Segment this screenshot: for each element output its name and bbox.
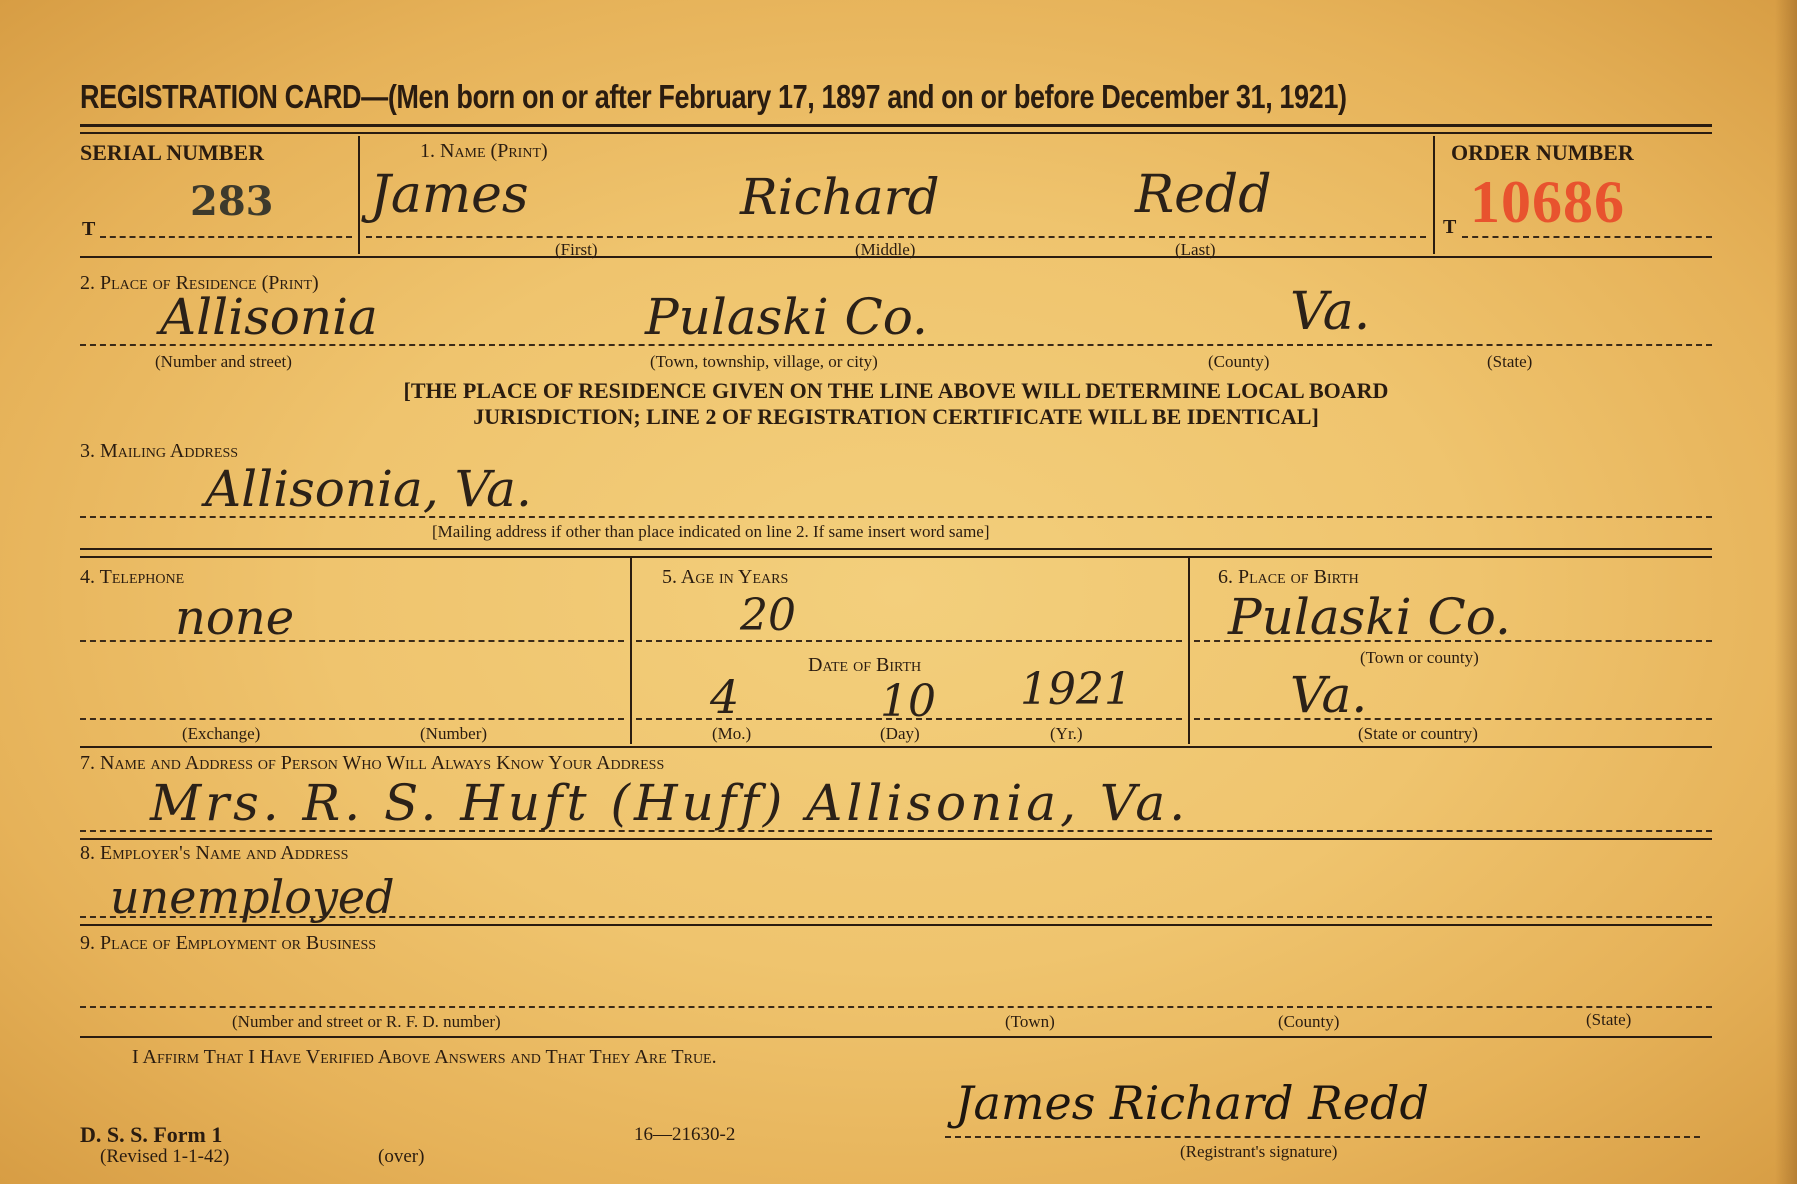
row-divider: [80, 556, 1712, 558]
residence-town-value: Pulaski Co.: [645, 288, 928, 346]
registration-card: REGISTRATION CARD—(Men born on or after …: [0, 0, 1797, 1184]
birthplace-state-line: [1194, 718, 1712, 720]
exchange-caption: (Exchange): [182, 724, 260, 744]
age-line: [636, 640, 1182, 642]
form-revised: (Revised 1-1-42): [100, 1146, 229, 1168]
day-caption: (Day): [880, 724, 920, 744]
residence-state-value: Va.: [1290, 282, 1370, 342]
year-caption: (Yr.): [1050, 724, 1083, 744]
street-caption: (Number and street): [155, 352, 292, 372]
number-caption: (Number): [420, 724, 487, 744]
telephone-line-1: [80, 640, 624, 642]
first-name-value: James: [370, 165, 529, 225]
emp-county-caption: (County): [1278, 1012, 1339, 1032]
jurisdiction-notice: [THE PLACE OF RESIDENCE GIVEN ON THE LIN…: [186, 378, 1606, 430]
town-county-caption: (Town or county): [1360, 648, 1479, 668]
state-caption: (State): [1487, 352, 1532, 372]
mailing-line: [80, 516, 1712, 518]
emp-state-caption: (State): [1586, 1010, 1631, 1030]
row-divider: [80, 256, 1712, 258]
signature-line: [945, 1136, 1700, 1138]
age-label: 5. Age in Years: [662, 566, 788, 589]
contact-label: 7. Name and Address of Person Who Will A…: [80, 752, 664, 775]
telephone-label: 4. Telephone: [80, 566, 184, 589]
order-prefix: T: [1443, 216, 1456, 239]
contact-line: [80, 830, 1712, 832]
birthplace-label: 6. Place of Birth: [1218, 566, 1359, 589]
row-divider: [80, 838, 1712, 840]
mailing-caption: [Mailing address if other than place ind…: [432, 522, 990, 542]
print-code: 16—21630-2: [634, 1124, 735, 1146]
order-number-value: 10686: [1470, 168, 1625, 237]
serial-line: [100, 236, 352, 238]
town-caption: (Town, township, village, or city): [650, 352, 878, 372]
employment-place-label: 9. Place of Employment or Business: [80, 932, 376, 955]
divider: [1433, 136, 1435, 254]
order-line: [1462, 236, 1712, 238]
registrant-signature: James Richard Redd: [955, 1076, 1429, 1130]
signature-caption: (Registrant's signature): [1180, 1142, 1337, 1162]
employer-line: [80, 916, 1712, 918]
emp-town-caption: (Town): [1005, 1012, 1055, 1032]
jurisdiction-notice-line1: [THE PLACE OF RESIDENCE GIVEN ON THE LIN…: [186, 378, 1606, 404]
order-number-label: ORDER NUMBER: [1451, 140, 1634, 166]
form-number: D. S. S. Form 1: [80, 1122, 222, 1148]
name-label: 1. Name (Print): [420, 140, 548, 163]
serial-prefix: T: [82, 218, 95, 241]
name-line: [366, 236, 1426, 238]
month-caption: (Mo.): [712, 724, 751, 744]
jurisdiction-notice-line2: JURISDICTION; LINE 2 OF REGISTRATION CER…: [186, 404, 1606, 430]
telephone-line-2: [80, 718, 624, 720]
telephone-value: none: [175, 590, 294, 646]
contact-value: Mrs. R. S. Huft (Huff) Allisonia, Va.: [150, 774, 1189, 832]
rfd-caption: (Number and street or R. F. D. number): [232, 1012, 501, 1032]
divider: [630, 558, 632, 744]
card-title: REGISTRATION CARD—(Men born on or after …: [80, 78, 1347, 116]
birthplace-state-value: Va.: [1290, 666, 1367, 724]
affirmation-text: I Affirm That I Have Verified Above Answ…: [132, 1046, 717, 1069]
title-rule-bottom: [80, 132, 1712, 134]
dob-month-value: 4: [710, 670, 739, 724]
serial-number-value: 283: [190, 178, 274, 225]
row-divider: [80, 746, 1712, 748]
middle-name-value: Richard: [740, 168, 940, 226]
over-note: (over): [378, 1146, 424, 1168]
residence-street-value: Allisonia: [160, 288, 378, 346]
row-divider: [80, 1036, 1712, 1038]
card-edge-shadow: [1775, 0, 1797, 1184]
divider: [1188, 558, 1190, 744]
birthplace-town-value: Pulaski Co.: [1228, 588, 1511, 646]
county-caption: (County): [1208, 352, 1269, 372]
last-name-value: Redd: [1135, 165, 1272, 225]
age-value: 20: [740, 590, 796, 641]
serial-number-label: SERIAL NUMBER: [80, 140, 264, 166]
state-country-caption: (State or country): [1358, 724, 1478, 744]
dob-label: Date of Birth: [808, 654, 921, 677]
title-rule-top: [80, 124, 1712, 127]
dob-year-value: 1921: [1020, 664, 1132, 715]
row-divider: [80, 548, 1712, 550]
mailing-address-value: Allisonia, Va.: [205, 460, 532, 518]
birthplace-town-line: [1194, 640, 1712, 642]
divider: [358, 136, 360, 254]
employment-place-line: [80, 1006, 1712, 1008]
residence-line: [80, 344, 1712, 346]
dob-line: [636, 718, 1182, 720]
employer-label: 8. Employer's Name and Address: [80, 842, 348, 865]
row-divider: [80, 924, 1712, 926]
